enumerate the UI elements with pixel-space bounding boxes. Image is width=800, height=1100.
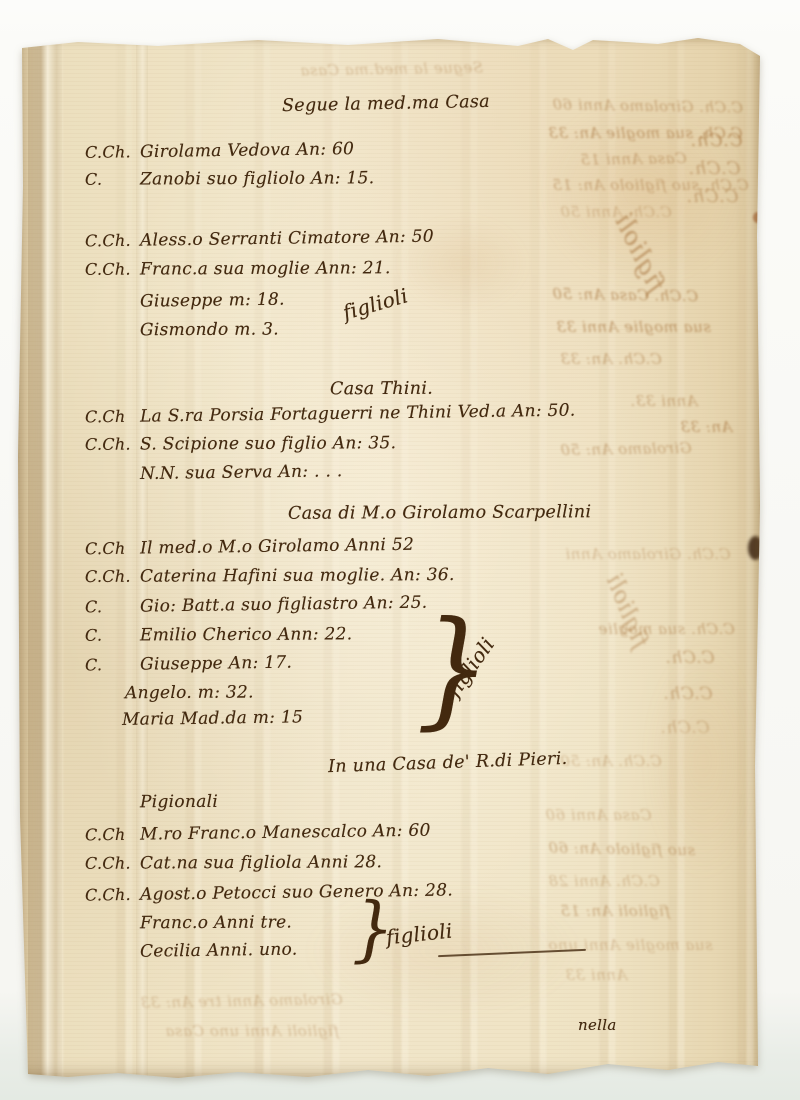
row-text: Agost.o Petocci suo Genero An: 28. — [140, 880, 453, 904]
row-text: Zanobi suo figliolo An: 15. — [140, 168, 375, 189]
house-heading: Casa Thini. — [330, 379, 433, 400]
scanner-bed: Segue la med.ma Casa C.Ch. Girolamo Anni… — [0, 0, 800, 1100]
sacrament-marker: C. — [85, 655, 140, 676]
census-row: C. Giuseppe An: 17. — [85, 653, 292, 676]
sacrament-marker: C.Ch. — [85, 567, 140, 587]
sacrament-marker: C.Ch. — [85, 142, 140, 163]
census-row: Maria Mad.da m: 15 — [67, 707, 303, 730]
sacrament-marker: C. — [85, 169, 140, 189]
row-text: Cat.na sua figliola Anni 28. — [140, 852, 382, 873]
sacrament-marker: C.Ch. — [85, 885, 140, 906]
row-text: Giuseppe m: 18. — [140, 290, 285, 312]
census-row: N.N. sua Serva An: . . . — [85, 461, 343, 485]
sacrament-marker: C. — [85, 597, 140, 618]
row-text: Giuseppe An: 17. — [140, 653, 292, 675]
row-text: Emilio Cherico Ann: 22. — [140, 624, 353, 645]
sacrament-marker: C.Ch — [85, 407, 140, 428]
census-row: Franc.o Anni tre. — [85, 912, 292, 933]
children-group-label: figlioli — [385, 919, 454, 950]
census-row: C. Emilio Cherico Ann: 22. — [85, 624, 353, 645]
sacrament-marker: C.Ch — [85, 539, 140, 560]
census-row: Giuseppe m: 18. — [85, 290, 285, 313]
census-row: C.Ch. Agost.o Petocci suo Genero An: 28. — [85, 880, 453, 905]
row-text: Cecilia Anni. uno. — [140, 940, 298, 962]
sacrament-marker: C.Ch. — [85, 231, 140, 252]
row-text: Angelo. m: 32. — [125, 683, 254, 704]
sacrament-marker: C.Ch. — [85, 260, 140, 280]
row-text: Franc.a sua moglie Ann: 21. — [140, 258, 391, 279]
census-row: C. Gio: Batt.a suo figliastro An: 25. — [85, 593, 428, 618]
census-row: Angelo. m: 32. — [70, 683, 254, 704]
row-text: Aless.o Serranti Cimatore An: 50 — [140, 227, 434, 251]
sacrament-marker — [85, 942, 140, 963]
census-row: C.Ch. Cat.na sua figliola Anni 28. — [85, 852, 382, 874]
census-row: Cecilia Anni. uno. — [85, 940, 298, 963]
row-text: N.N. sua Serva An: . . . — [140, 461, 343, 484]
census-row: C.Ch Il med.o M.o Girolamo Anni 52 — [85, 535, 414, 560]
sacrament-marker — [70, 683, 125, 703]
census-row: C.Ch. Franc.a sua moglie Ann: 21. — [85, 258, 391, 280]
census-row: C.Ch. Aless.o Serranti Cimatore An: 50 — [85, 227, 434, 252]
sacrament-marker — [85, 320, 140, 340]
row-text: M.ro Franc.o Manescalco An: 60 — [140, 821, 431, 845]
sacrament-marker — [67, 710, 122, 731]
tenants-subheading: Pigionali — [140, 792, 218, 812]
house-heading: In una Casa de' R.di Pieri. — [328, 749, 568, 777]
census-row: C.Ch. Girolama Vedova An: 60 — [85, 139, 355, 163]
row-text: Maria Mad.da m: 15 — [122, 707, 303, 730]
row-text: S. Scipione suo figlio An: 35. — [140, 433, 396, 454]
pen-flourish — [438, 949, 586, 957]
continuation-heading: Segue la med.ma Casa — [282, 92, 490, 116]
sacrament-marker: C.Ch. — [85, 435, 140, 455]
census-row: C.Ch. Caterina Hafini sua moglie. An: 36… — [85, 565, 455, 587]
census-row: Gismondo m. 3. — [85, 319, 279, 340]
row-text: Girolama Vedova An: 60 — [140, 139, 355, 162]
census-row: C.Ch. S. Scipione suo figlio An: 35. — [85, 433, 396, 455]
census-row: C.Ch La S.ra Porsia Fortaguerri ne Thini… — [85, 401, 576, 428]
census-row: C.Ch M.ro Franc.o Manescalco An: 60 — [85, 821, 431, 846]
sacrament-marker: C.Ch — [85, 825, 140, 846]
row-text: La S.ra Porsia Fortaguerri ne Thini Ved.… — [140, 401, 576, 427]
house-heading: Casa di M.o Girolamo Scarpellini — [288, 502, 591, 524]
row-text: Il med.o M.o Girolamo Anni 52 — [140, 535, 414, 559]
sacrament-marker: C.Ch. — [85, 853, 140, 873]
row-text: Gismondo m. 3. — [140, 319, 279, 340]
row-text: Gio: Batt.a suo figliastro An: 25. — [140, 593, 428, 617]
sacrament-marker — [85, 464, 140, 485]
sacrament-marker — [85, 913, 140, 933]
catchword: nella — [578, 1016, 617, 1034]
sacrament-marker: C. — [85, 625, 140, 645]
sacrament-marker — [85, 292, 140, 313]
row-text: Caterina Hafini sua moglie. An: 36. — [140, 565, 455, 587]
children-group-label: figlioli — [340, 283, 411, 324]
row-text: Franc.o Anni tre. — [140, 912, 292, 933]
census-row: C. Zanobi suo figliolo An: 15. — [85, 168, 375, 190]
recto-text-layer: Segue la med.ma Casa C.Ch. Girolama Vedo… — [0, 0, 800, 1100]
